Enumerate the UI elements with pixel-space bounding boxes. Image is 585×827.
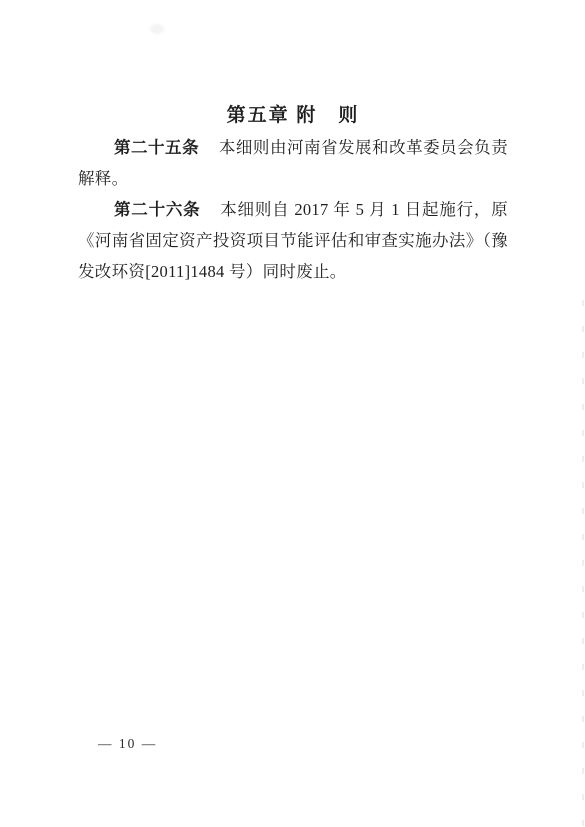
scan-artifact-right-edge <box>582 300 584 827</box>
page-number: — 10 — <box>98 736 157 752</box>
article-number-label: 第二十六条 <box>114 200 200 219</box>
article-paragraph: 第二十六条本细则自 2017 年 5 月 1 日起施行，原《河南省固定资产投资项… <box>78 194 508 287</box>
chapter-heading: 第五章 附 则 <box>78 103 508 129</box>
article-paragraph: 第二十五条本细则由河南省发展和改革委员会负责解释。 <box>78 132 508 194</box>
document-page: 第五章 附 则 第二十五条本细则由河南省发展和改革委员会负责解释。 第二十六条本… <box>0 0 585 827</box>
article-block: 第二十五条本细则由河南省发展和改革委员会负责解释。 第二十六条本细则自 2017… <box>78 132 508 287</box>
scan-artifact-smudge <box>150 24 164 34</box>
article-number-label: 第二十五条 <box>114 138 199 157</box>
